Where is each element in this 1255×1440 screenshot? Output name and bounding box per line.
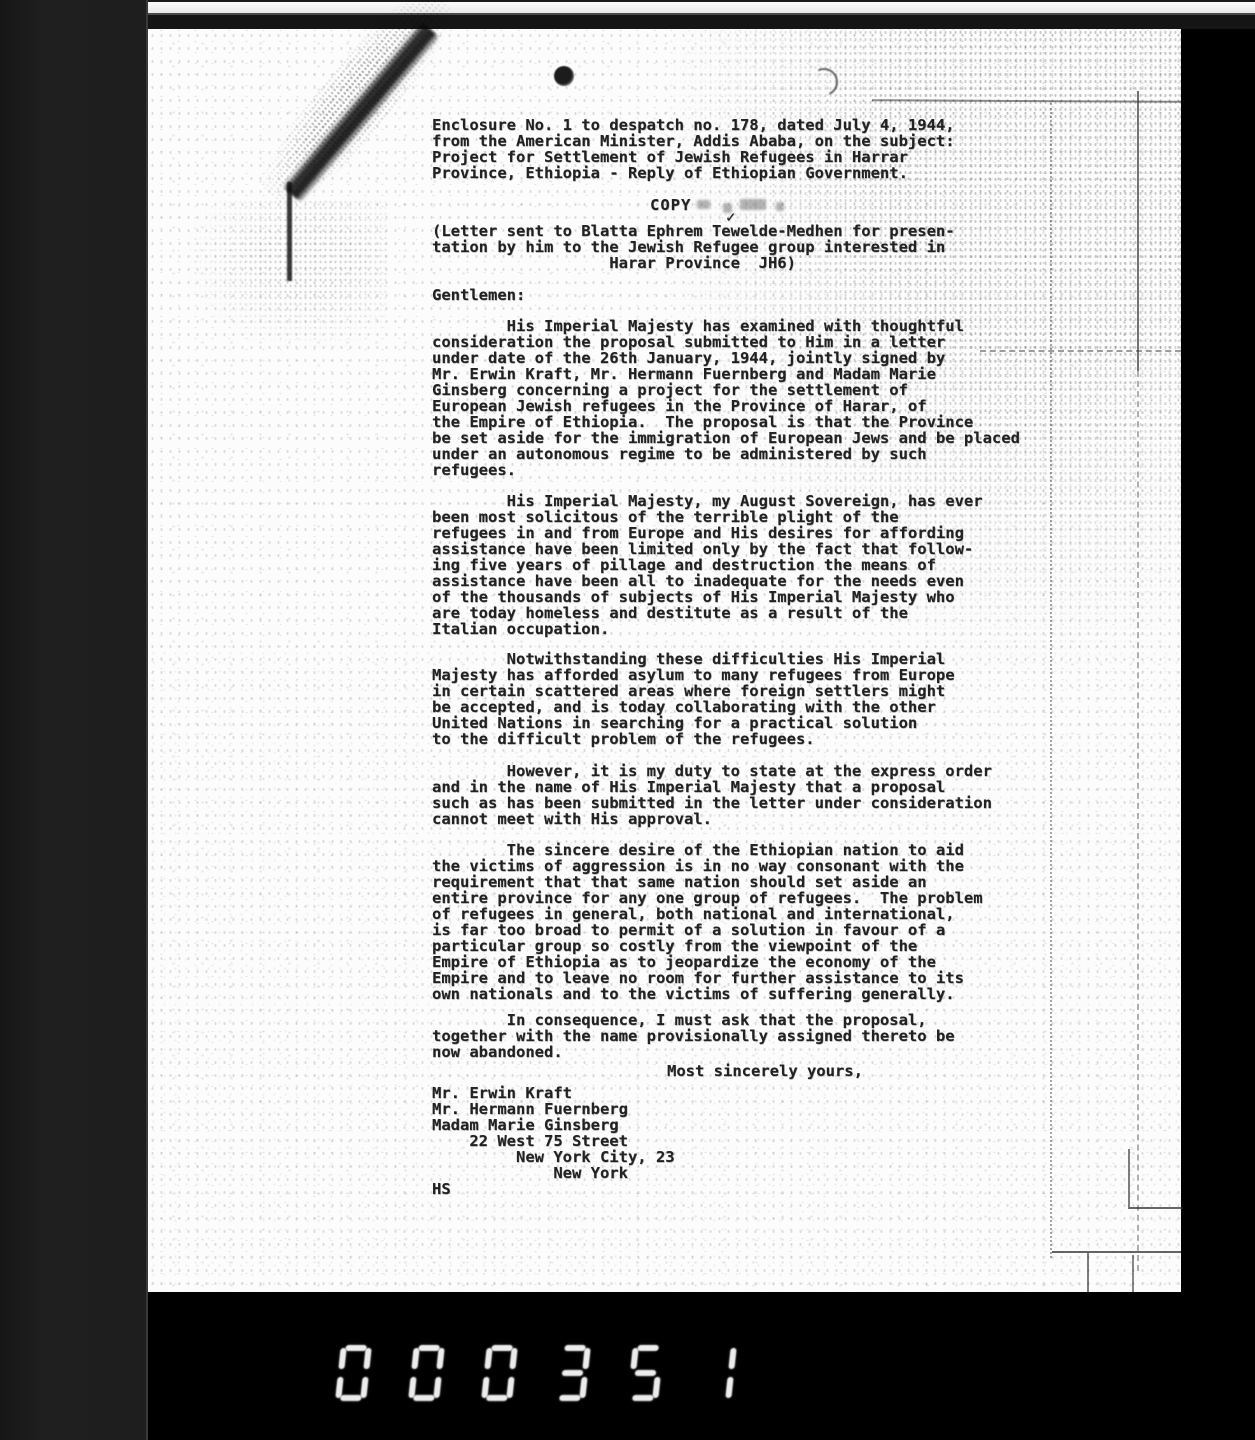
letter-paragraph: His Imperial Majesty, my August Sovereig… <box>432 493 983 637</box>
letter-paragraph: His Imperial Majesty has examined with t… <box>432 318 1020 478</box>
letter-paragraph: In consequence, I must ask that the prop… <box>432 1012 955 1060</box>
illegible-stamp-mark <box>740 199 766 210</box>
digit-segment <box>632 1395 654 1401</box>
counter-digit <box>627 1345 664 1401</box>
digit-segment <box>506 1377 514 1398</box>
digit-segment <box>652 1377 660 1398</box>
page-edge-line <box>1132 1255 1134 1292</box>
digit-segment <box>433 1377 441 1398</box>
digit-segment <box>562 1370 584 1376</box>
digit-segment <box>635 1370 657 1376</box>
film-strip-right-margin <box>1181 29 1255 1295</box>
recipient-note: (Letter sent to Blatta Ephrem Tewelde-Me… <box>432 223 955 271</box>
letter-paragraph: Notwithstanding these difficulties His I… <box>432 651 955 747</box>
digit-segment <box>559 1395 581 1401</box>
film-scratch-haze <box>188 199 388 349</box>
digit-segment <box>564 1345 586 1351</box>
counter-digit <box>700 1345 737 1401</box>
film-frame-gap <box>148 0 1255 15</box>
letter-paragraph: The sincere desire of the Ethiopian nati… <box>432 842 983 1002</box>
illegible-stamp-mark <box>697 200 710 209</box>
signature-block: Mr. Erwin Kraft Mr. Hermann Fuernberg Ma… <box>432 1085 675 1197</box>
page-edge-line <box>1050 103 1052 1258</box>
digit-segment <box>509 1348 517 1369</box>
letter-paragraph: However, it is my duty to state at the e… <box>432 763 992 827</box>
underlying-page-corner <box>1128 1149 1183 1209</box>
digit-segment <box>491 1345 513 1351</box>
digit-segment <box>486 1395 508 1401</box>
digit-segment <box>725 1377 733 1398</box>
film-strip-left-margin <box>0 0 148 1440</box>
counter-digit <box>408 1345 445 1401</box>
digit-segment <box>411 1348 419 1369</box>
counter-digit <box>335 1345 372 1401</box>
illegible-stamp-mark <box>776 202 784 211</box>
digit-segment <box>579 1377 587 1398</box>
digit-segment <box>340 1395 362 1401</box>
copy-label: COPY <box>650 197 691 213</box>
page-edge-line <box>1052 1251 1181 1253</box>
document-page: Enclosure No. 1 to despatch no. 178, dat… <box>148 29 1181 1292</box>
closing-line: Most sincerely yours, <box>667 1063 863 1079</box>
digit-segment <box>637 1345 659 1351</box>
page-edge-line <box>1137 91 1139 371</box>
counter-digit <box>554 1345 591 1401</box>
frame-counter <box>338 1345 734 1401</box>
counter-digit <box>481 1345 518 1401</box>
digit-segment <box>413 1395 435 1401</box>
microfilm-scan: Enclosure No. 1 to despatch no. 178, dat… <box>0 0 1255 1440</box>
film-frame-separator <box>148 15 1255 29</box>
digit-segment <box>363 1348 371 1369</box>
digit-segment <box>338 1348 346 1369</box>
digit-segment <box>436 1348 444 1369</box>
page-edge-line <box>1087 1253 1089 1292</box>
punch-hole-icon <box>554 66 574 86</box>
digit-segment <box>582 1348 590 1369</box>
digit-segment <box>630 1348 638 1369</box>
enclosure-header: Enclosure No. 1 to despatch no. 178, dat… <box>432 117 955 181</box>
digit-segment <box>484 1348 492 1369</box>
digit-segment <box>418 1345 440 1351</box>
digit-segment <box>360 1377 368 1398</box>
page-edge-line <box>1137 371 1139 1271</box>
digit-segment <box>345 1345 367 1351</box>
salutation: Gentlemen: <box>432 287 525 303</box>
